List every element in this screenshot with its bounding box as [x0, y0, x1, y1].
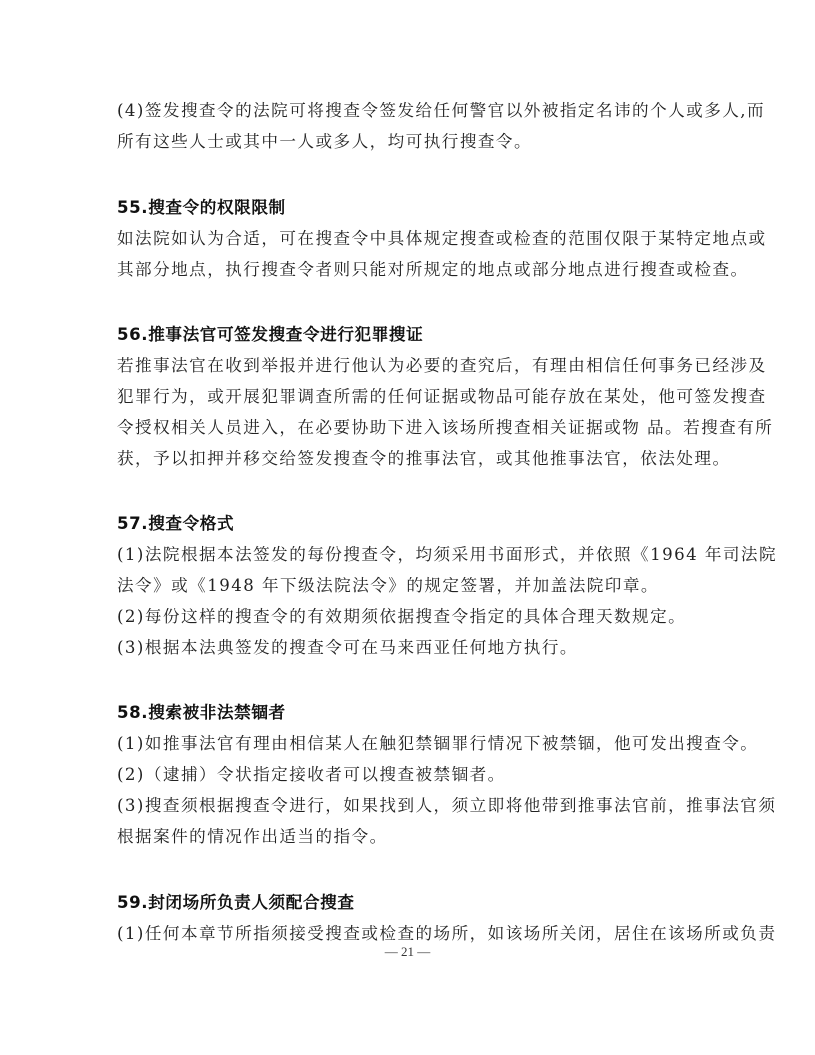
paragraph-line: (1)任何本章节所指须接受搜查或检查的场所，如该场所关闭，居住在该场所或负责: [117, 924, 776, 944]
section-heading-59: 59.封闭场所负责人须配合搜查: [117, 893, 355, 913]
paragraph-line: (3)搜查须根据搜查令进行，如果找到人，须立即将他带到推事法官前，推事法官须: [117, 796, 776, 816]
section-heading-57: 57.搜查令格式: [117, 514, 234, 534]
section-heading-55: 55.搜查令的权限限制: [117, 198, 286, 218]
paragraph-line: 犯罪行为，或开展犯罪调查所需的任何证据或物品可能存放在某处，他可签发搜查: [117, 387, 767, 407]
paragraph-line: 所有这些人士或其中一人或多人，均可执行搜查令。: [117, 132, 532, 152]
paragraph-line: (4)签发搜查令的法院可将搜查令签发给任何警官以外被指定名讳的个人或多人,而: [117, 101, 765, 121]
paragraph-line: (3)根据本法典签发的搜查令可在马来西亚任何地方执行。: [117, 638, 578, 658]
paragraph-line: 法令》或《1948 年下级法院法令》的规定签署，并加盖法院印章。: [117, 576, 659, 596]
paragraph-line: (2)每份这样的搜查令的有效期须依据搜查令指定的具体合理天数规定。: [117, 607, 686, 627]
paragraph-line: 其部分地点，执行搜查令者则只能对所规定的地点或部分地点进行搜查或检查。: [117, 260, 749, 280]
section-heading-56: 56.推事法官可签发搜查令进行犯罪搜证: [117, 325, 423, 345]
paragraph-line: 若推事法官在收到举报并进行他认为必要的查究后，有理由相信任何事务已经涉及: [117, 356, 767, 376]
page-number: — 21 —: [0, 944, 815, 960]
paragraph-line: (2)（逮捕）令状指定接收者可以搜查被禁锢者。: [117, 765, 506, 785]
paragraph-line: (1)如推事法官有理由相信某人在触犯禁锢罪行情况下被禁锢，他可发出搜查令。: [117, 734, 758, 754]
paragraph-line: 如法院如认为合适，可在搜查令中具体规定搜查或检查的范围仅限于某特定地点或: [117, 229, 767, 249]
paragraph-line: 根据案件的情况作出适当的指令。: [117, 827, 388, 847]
section-heading-58: 58.搜索被非法禁锢者: [117, 703, 286, 723]
paragraph-line: 获，予以扣押并移交给签发搜查令的推事法官，或其他推事法官，依法处理。: [117, 449, 731, 469]
paragraph-line: (1)法院根据本法签发的每份搜查令，均须采用书面形式，并依照《1964 年司法院: [117, 545, 777, 565]
paragraph-line: 令授权相关人员进入，在必要协助下进入该场所搜查相关证据或物 品。若搜查有所: [117, 418, 773, 438]
